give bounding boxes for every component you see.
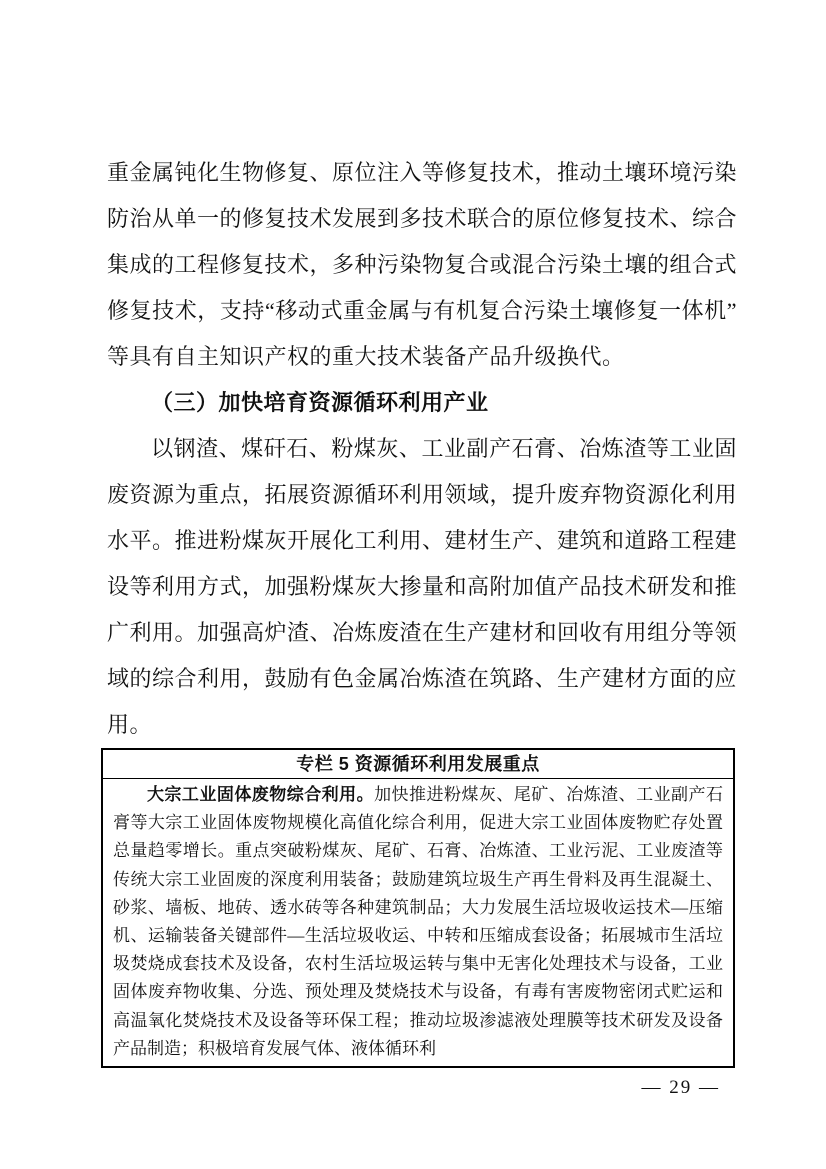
document-page: 重金属钝化生物修复、原位注入等修复技术，推动土壤环境污染防治从单一的修复技术发展… (0, 0, 826, 1169)
column-box-lead: 大宗工业固体废物综合利用。 (147, 785, 374, 804)
column-box-5: 专栏 5 资源循环利用发展重点 大宗工业固体废物综合利用。加快推进粉煤灰、尾矿、… (101, 748, 735, 1068)
page-content: 重金属钝化生物修复、原位注入等修复技术，推动土壤环境污染防治从单一的修复技术发展… (107, 150, 737, 748)
column-box-text: 加快推进粉煤灰、尾矿、冶炼渣、工业副产石膏等大宗工业固体废物规模化高值化综合利用… (113, 785, 723, 1058)
column-box-title: 专栏 5 资源循环利用发展重点 (103, 750, 733, 779)
paragraph-soil-remediation: 重金属钝化生物修复、原位注入等修复技术，推动土壤环境污染防治从单一的修复技术发展… (107, 150, 737, 380)
paragraph-resource-recycling: 以钢渣、煤矸石、粉煤灰、工业副产石膏、冶炼渣等工业固废资源为重点，拓展资源循环利… (107, 426, 737, 748)
section-heading-3: （三）加快培育资源循环利用产业 (107, 380, 737, 426)
column-box-body: 大宗工业固体废物综合利用。加快推进粉煤灰、尾矿、冶炼渣、工业副产石膏等大宗工业固… (103, 779, 733, 1066)
page-number: — 29 — (642, 1076, 721, 1100)
